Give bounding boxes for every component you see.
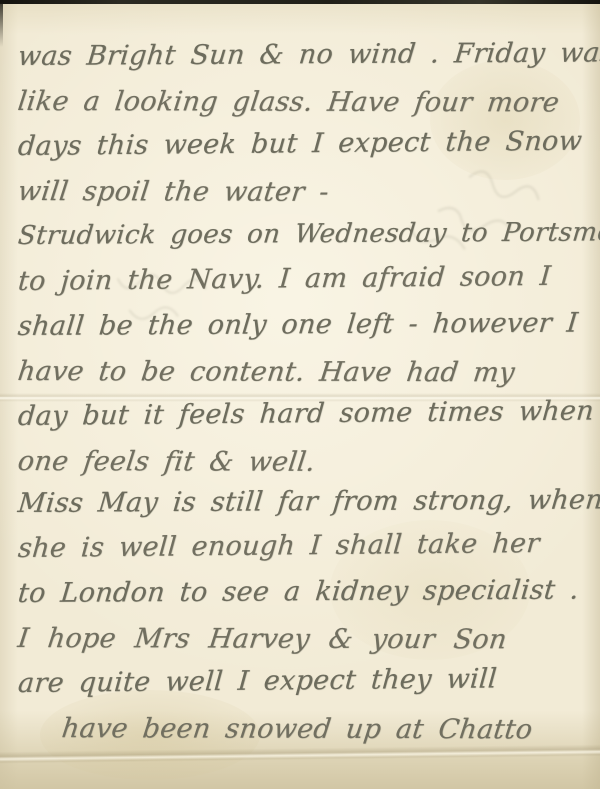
handwritten-line: to join the Navy. I am afraid soon I [16, 253, 595, 304]
handwritten-line: Miss May is still far from strong, when [16, 477, 596, 526]
handwritten-line: are quite well I expect they will [16, 655, 595, 706]
handwritten-line: she is well enough I shall take her [16, 520, 595, 571]
handwritten-line: was Bright Sun & no wind . Friday was [16, 30, 596, 79]
handwritten-line: shall be the only one left - however I [16, 300, 596, 349]
handwritten-line: Strudwick goes on Wednesday to Portsmout… [16, 210, 596, 259]
handwritten-line: will spoil the water - [15, 169, 595, 216]
letter-scan-page: was Bright Sun & no wind . Friday was li… [0, 0, 600, 789]
scanner-edge-top [0, 0, 600, 4]
fold-crease-middle [0, 393, 600, 402]
scanner-edge-corner [0, 3, 3, 47]
handwritten-line: to London to see a kidney specialist . [16, 567, 596, 616]
handwritten-line: days this week but I expect the Snow [16, 118, 595, 169]
